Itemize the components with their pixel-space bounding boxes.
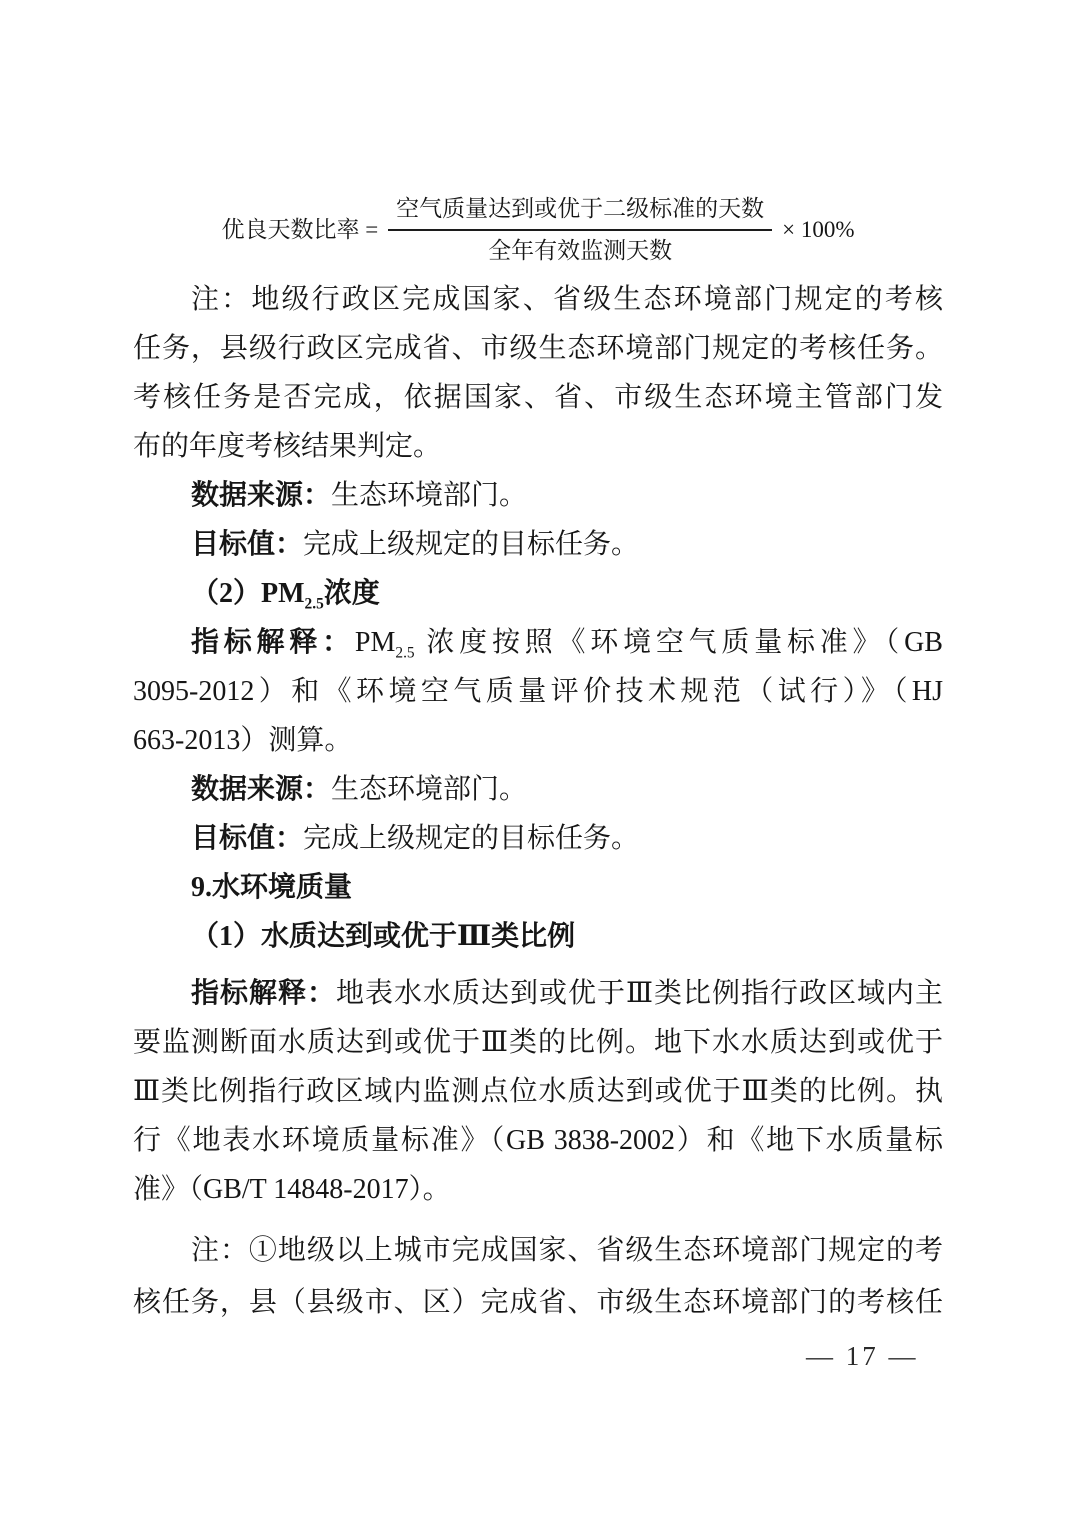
data-source-value: 生态环境部门。 [331,480,527,511]
pm25-subscript: 2.5 [395,645,414,662]
indicator-label: 指标解释： [191,627,355,658]
formula-lhs: 优良天数比率 = [221,215,378,245]
target-value-line-pm25: 目标值：完成上级规定的目标任务。 [133,814,943,863]
paragraph-line: 考核任务是否完成，依据国家、省、市级生态环境主管部门发 [133,373,943,422]
paragraph-text: PM [355,627,395,658]
data-source-line-pm25: 数据来源：生态环境部门。 [133,765,943,814]
target-value-text: 完成上级规定的目标任务。 [303,823,639,854]
paragraph-line: 注：①地级以上城市完成国家、省级生态环境部门规定的考 [133,1225,943,1277]
data-source-line-air: 数据来源：生态环境部门。 [133,471,943,520]
heading-water-environment: 9.水环境质量 [133,863,943,912]
target-value-label: 目标值： [191,823,303,854]
content-column: 优良天数比率 = 空气质量达到或优于二级标准的天数 全年有效监测天数 × 100… [133,188,943,1329]
indicator-explanation-pm25: 指标解释：PM2.5 浓度按照《环境空气质量标准》（GB 3095-2012）和… [133,618,943,765]
target-value-line-air: 目标值：完成上级规定的目标任务。 [133,520,943,569]
paragraph-text: 地表水水质达到或优于Ⅲ类比例指行政区域内主 [336,978,943,1009]
formula-fraction: 空气质量达到或优于二级标准的天数 全年有效监测天数 [388,194,772,266]
paragraph-line: Ⅲ类比例指行政区域内监测点位水质达到或优于Ⅲ类的比例。执 [133,1067,943,1116]
indicator-label: 指标解释： [191,978,336,1009]
note-paragraph-air: 注：地级行政区完成国家、省级生态环境部门规定的考核 任务，县级行政区完成省、市级… [133,275,943,471]
heading-water-class3-ratio: （1）水质达到或优于Ⅲ类比例 [133,912,943,961]
indicator-explanation-water: 指标解释：地表水水质达到或优于Ⅲ类比例指行政区域内主 要监测断面水质达到或优于Ⅲ… [133,969,943,1214]
paragraph-line: 指标解释：PM2.5 浓度按照《环境空气质量标准》（GB [133,618,943,667]
note-paragraph-water: 注：①地级以上城市完成国家、省级生态环境部门规定的考 核任务，县（县级市、区）完… [133,1225,943,1329]
paragraph-line: 注：地级行政区完成国家、省级生态环境部门规定的考核 [133,275,943,324]
paragraph-line: 布的年度考核结果判定。 [133,422,943,471]
paragraph-line: 准》（GB/T 14848-2017）。 [133,1165,943,1214]
fraction-denominator: 全年有效监测天数 [388,231,772,266]
page-number: — 17 — [806,1341,919,1372]
paragraph-line: 3095-2012）和《环境空气质量评价技术规范（试行）》（HJ [133,667,943,716]
formula-multiplier: × 100% [782,215,854,245]
data-source-label: 数据来源： [191,480,331,511]
heading-pm25-concentration: （2）PM2.5浓度 [133,569,943,618]
paragraph-line: 核任务，县（县级市、区）完成省、市级生态环境部门的考核任 [133,1277,943,1329]
document-page: 优良天数比率 = 空气质量达到或优于二级标准的天数 全年有效监测天数 × 100… [0,0,1074,1520]
heading-text: （2）PM [191,578,305,609]
formula-good-days-ratio: 优良天数比率 = 空气质量达到或优于二级标准的天数 全年有效监测天数 × 100… [133,188,943,272]
heading-text: 浓度 [324,578,380,609]
fraction-numerator: 空气质量达到或优于二级标准的天数 [388,194,772,231]
paragraph-line: 指标解释：地表水水质达到或优于Ⅲ类比例指行政区域内主 [133,969,943,1018]
target-value-label: 目标值： [191,529,303,560]
data-source-value: 生态环境部门。 [331,774,527,805]
pm25-subscript: 2.5 [305,596,324,613]
paragraph-line: 要监测断面水质达到或优于Ⅲ类的比例。地下水水质达到或优于 [133,1018,943,1067]
paragraph-text: 浓度按照《环境空气质量标准》（GB [415,627,943,658]
paragraph-line: 任务，县级行政区完成省、市级生态环境部门规定的考核任务。 [133,324,943,373]
paragraph-line: 行《地表水环境质量标准》（GB 3838-2002）和《地下水质量标 [133,1116,943,1165]
data-source-label: 数据来源： [191,774,331,805]
paragraph-line: 663-2013）测算。 [133,716,943,765]
target-value-text: 完成上级规定的目标任务。 [303,529,639,560]
